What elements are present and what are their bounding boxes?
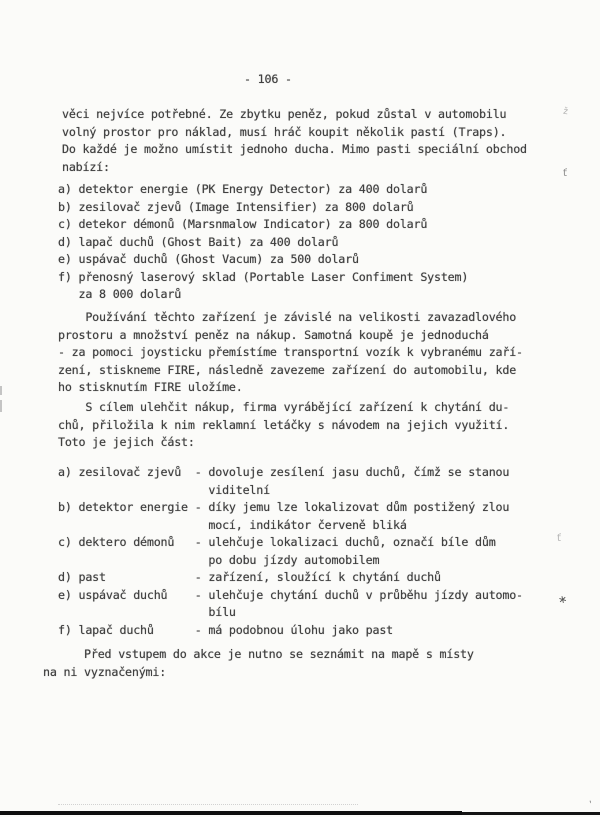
scan-speck: ∗ [557,593,568,606]
left-edge-scan-mark [0,400,2,412]
left-edge-scan-mark [0,386,2,395]
leaflet-paragraph: S cílem ulehčit nákup, firma vyrábějící … [58,399,509,452]
scan-speck: ť [563,169,567,179]
scan-speck: ž [562,108,568,118]
bottom-scan-line-heavy [0,811,462,815]
scan-speck: ť [557,534,561,544]
scanned-document-page: - 106 - věci nejvíce potřebné. Ze zbytku… [0,0,600,817]
page-number: - 106 - [244,71,292,89]
scan-speck: , [586,795,593,805]
device-descriptions-list: a) zesilovač zjevů - dovoluje zesílení j… [58,464,523,639]
usage-paragraph: Používání těchto zařízení je závislé na … [58,309,523,397]
intro-paragraph: věci nejvíce potřebné. Ze zbytku peněz, … [62,106,527,176]
scan-noise-band [58,804,358,805]
map-intro-paragraph: Před vstupem do akce je nutno se seznámi… [43,646,474,681]
shop-items-list: a) detektor energie (PK Energy Detector)… [58,181,468,304]
